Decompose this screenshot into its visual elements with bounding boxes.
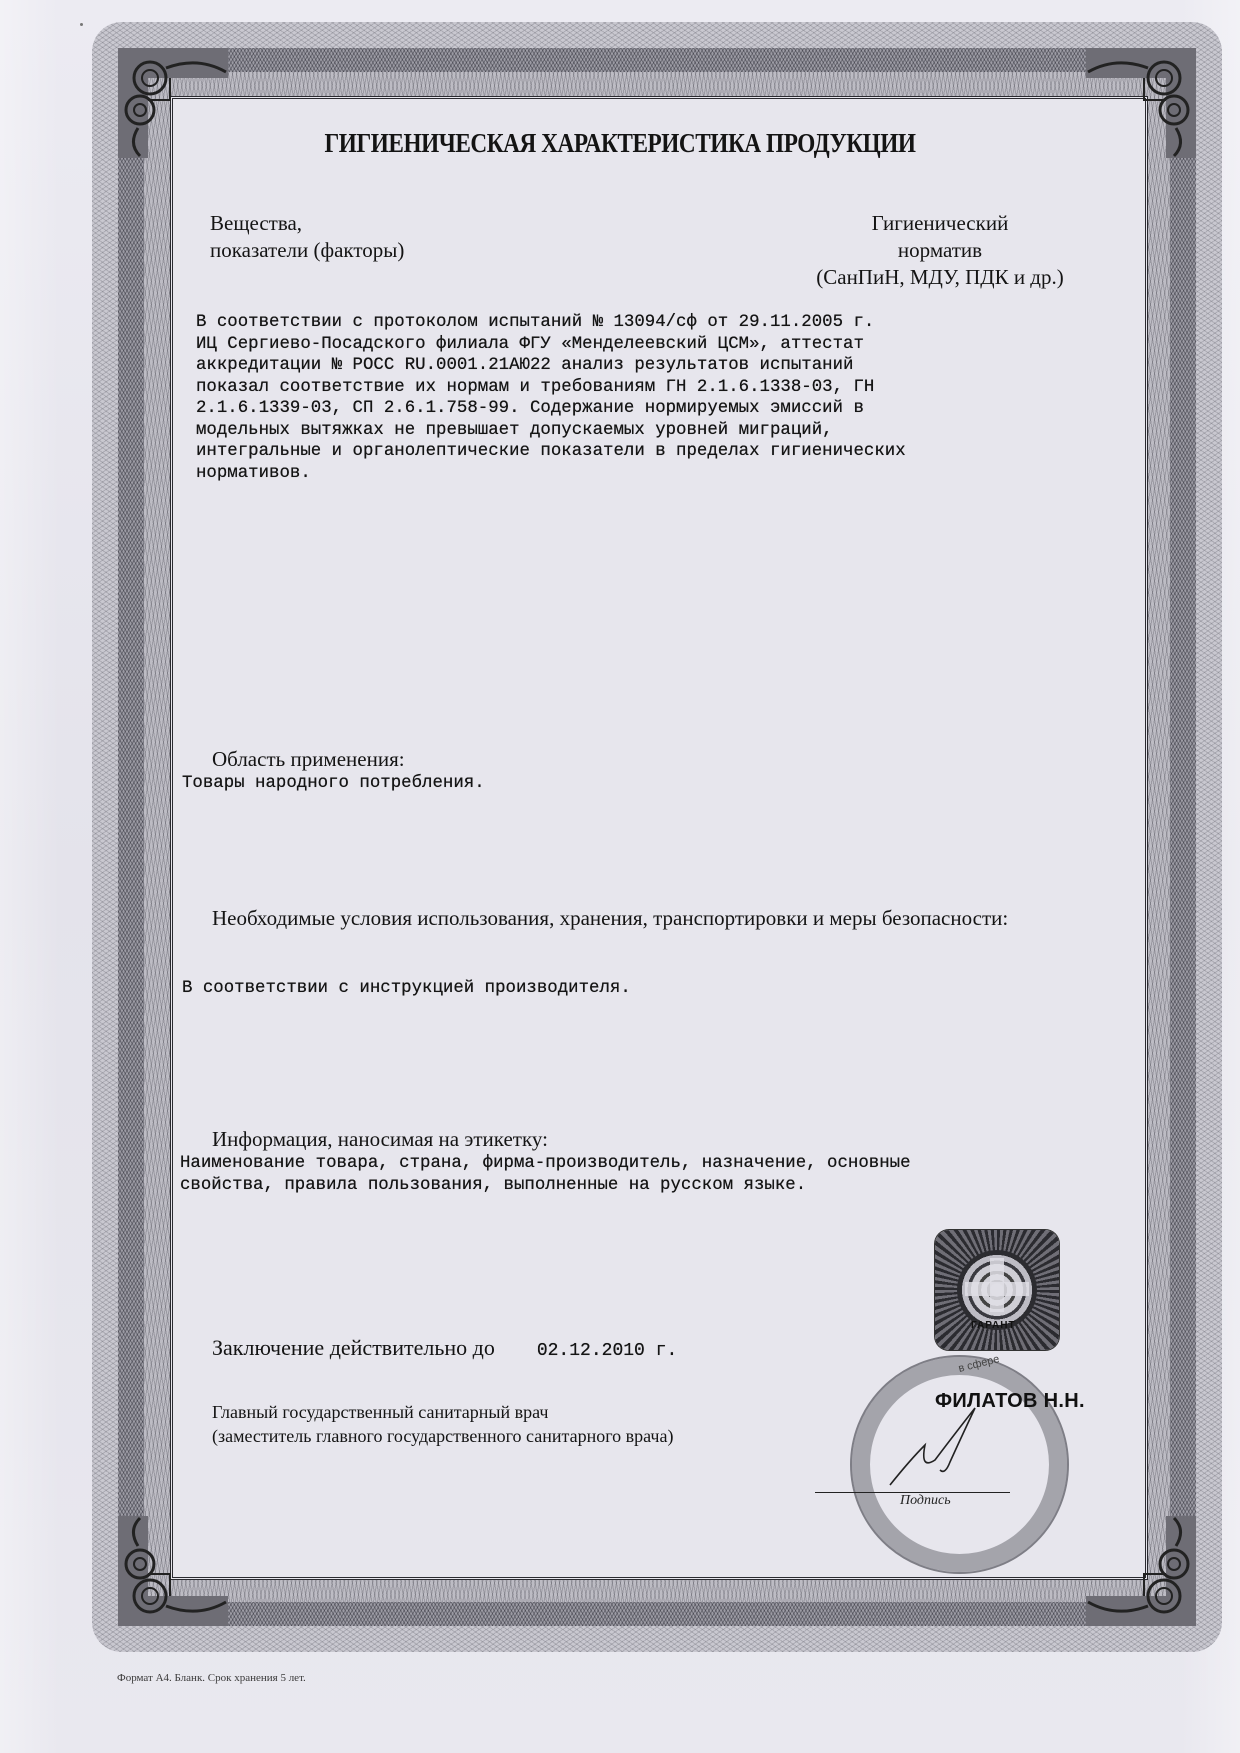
label-info-line: Наименование товара, страна, фирма-произ… — [180, 1153, 911, 1175]
validity-row: Заключение действительно до 02.12.2010 г… — [212, 1335, 677, 1363]
conditions-label: Необходимые условия использования, хране… — [212, 905, 1092, 932]
label-info-value: Наименование товара, страна, фирма-произ… — [180, 1153, 911, 1196]
position-line: Главный государственный санитарный врач — [212, 1400, 673, 1424]
signatory-position: Главный государственный санитарный врач … — [212, 1400, 673, 1448]
scope-label: Область применения: — [212, 746, 405, 773]
ornament-corner-bottom-right-icon — [1086, 1516, 1196, 1626]
handwritten-signature-icon — [880, 1400, 1010, 1490]
standard-header-line: (СанПиН, МДУ, ПДК и др.) — [770, 264, 1110, 291]
form-footer-note: Формат А4. Бланк. Срок хранения 5 лет. — [117, 1672, 306, 1684]
substances-header-line: показатели (факторы) — [210, 237, 404, 264]
paragraph-line: В соответствии с протоколом испытаний № … — [196, 312, 1126, 334]
scan-artifact-dot — [80, 23, 83, 26]
paragraph-line: 2.1.6.1339-03, СП 2.6.1.758-99. Содержан… — [196, 398, 1126, 420]
label-info-label: Информация, наносимая на этикетку: — [212, 1126, 548, 1153]
paragraph-line: показал соответствие их нормам и требова… — [196, 377, 1126, 399]
ornament-corner-bottom-left-icon — [118, 1516, 228, 1626]
standard-header-line: Гигиенический — [770, 210, 1110, 237]
paragraph-line: интегральные и органолептические показат… — [196, 441, 1126, 463]
conditions-value: В соответствии с инструкцией производите… — [182, 978, 631, 1000]
paragraph-line: нормативов. — [196, 463, 1126, 485]
validity-label: Заключение действительно до — [212, 1335, 495, 1361]
paragraph-line: ИЦ Сергиево-Посадского филиала ФГУ «Менд… — [196, 334, 1126, 356]
document-title: ГИГИЕНИЧЕСКАЯ ХАРАКТЕРИСТИКА ПРОДУКЦИИ — [87, 128, 1153, 159]
validity-date: 02.12.2010 г. — [537, 1341, 677, 1363]
substances-header-line: Вещества, — [210, 210, 404, 237]
substances-column-header: Вещества, показатели (факторы) — [210, 210, 404, 264]
scope-value: Товары народного потребления. — [182, 773, 485, 795]
position-line: (заместитель главного государственного с… — [212, 1424, 673, 1448]
hologram-seal-icon: ГАРАНТ — [935, 1230, 1059, 1350]
paragraph-line: аккредитации № РОСС RU.0001.21АЮ22 анали… — [196, 355, 1126, 377]
hygienic-standard-column-header: Гигиенический норматив (СанПиН, МДУ, ПДК… — [770, 210, 1110, 291]
paragraph-line: модельных вытяжках не превышает допускае… — [196, 420, 1126, 442]
label-info-line: свойства, правила пользования, выполненн… — [180, 1175, 911, 1197]
hologram-cross-vertical — [990, 1258, 1004, 1312]
standard-header-line: норматив — [770, 237, 1110, 264]
test-results-paragraph: В соответствии с протоколом испытаний № … — [196, 312, 1126, 484]
signature-caption: Подпись — [900, 1493, 951, 1509]
hologram-text: ГАРАНТ — [971, 1320, 1016, 1331]
